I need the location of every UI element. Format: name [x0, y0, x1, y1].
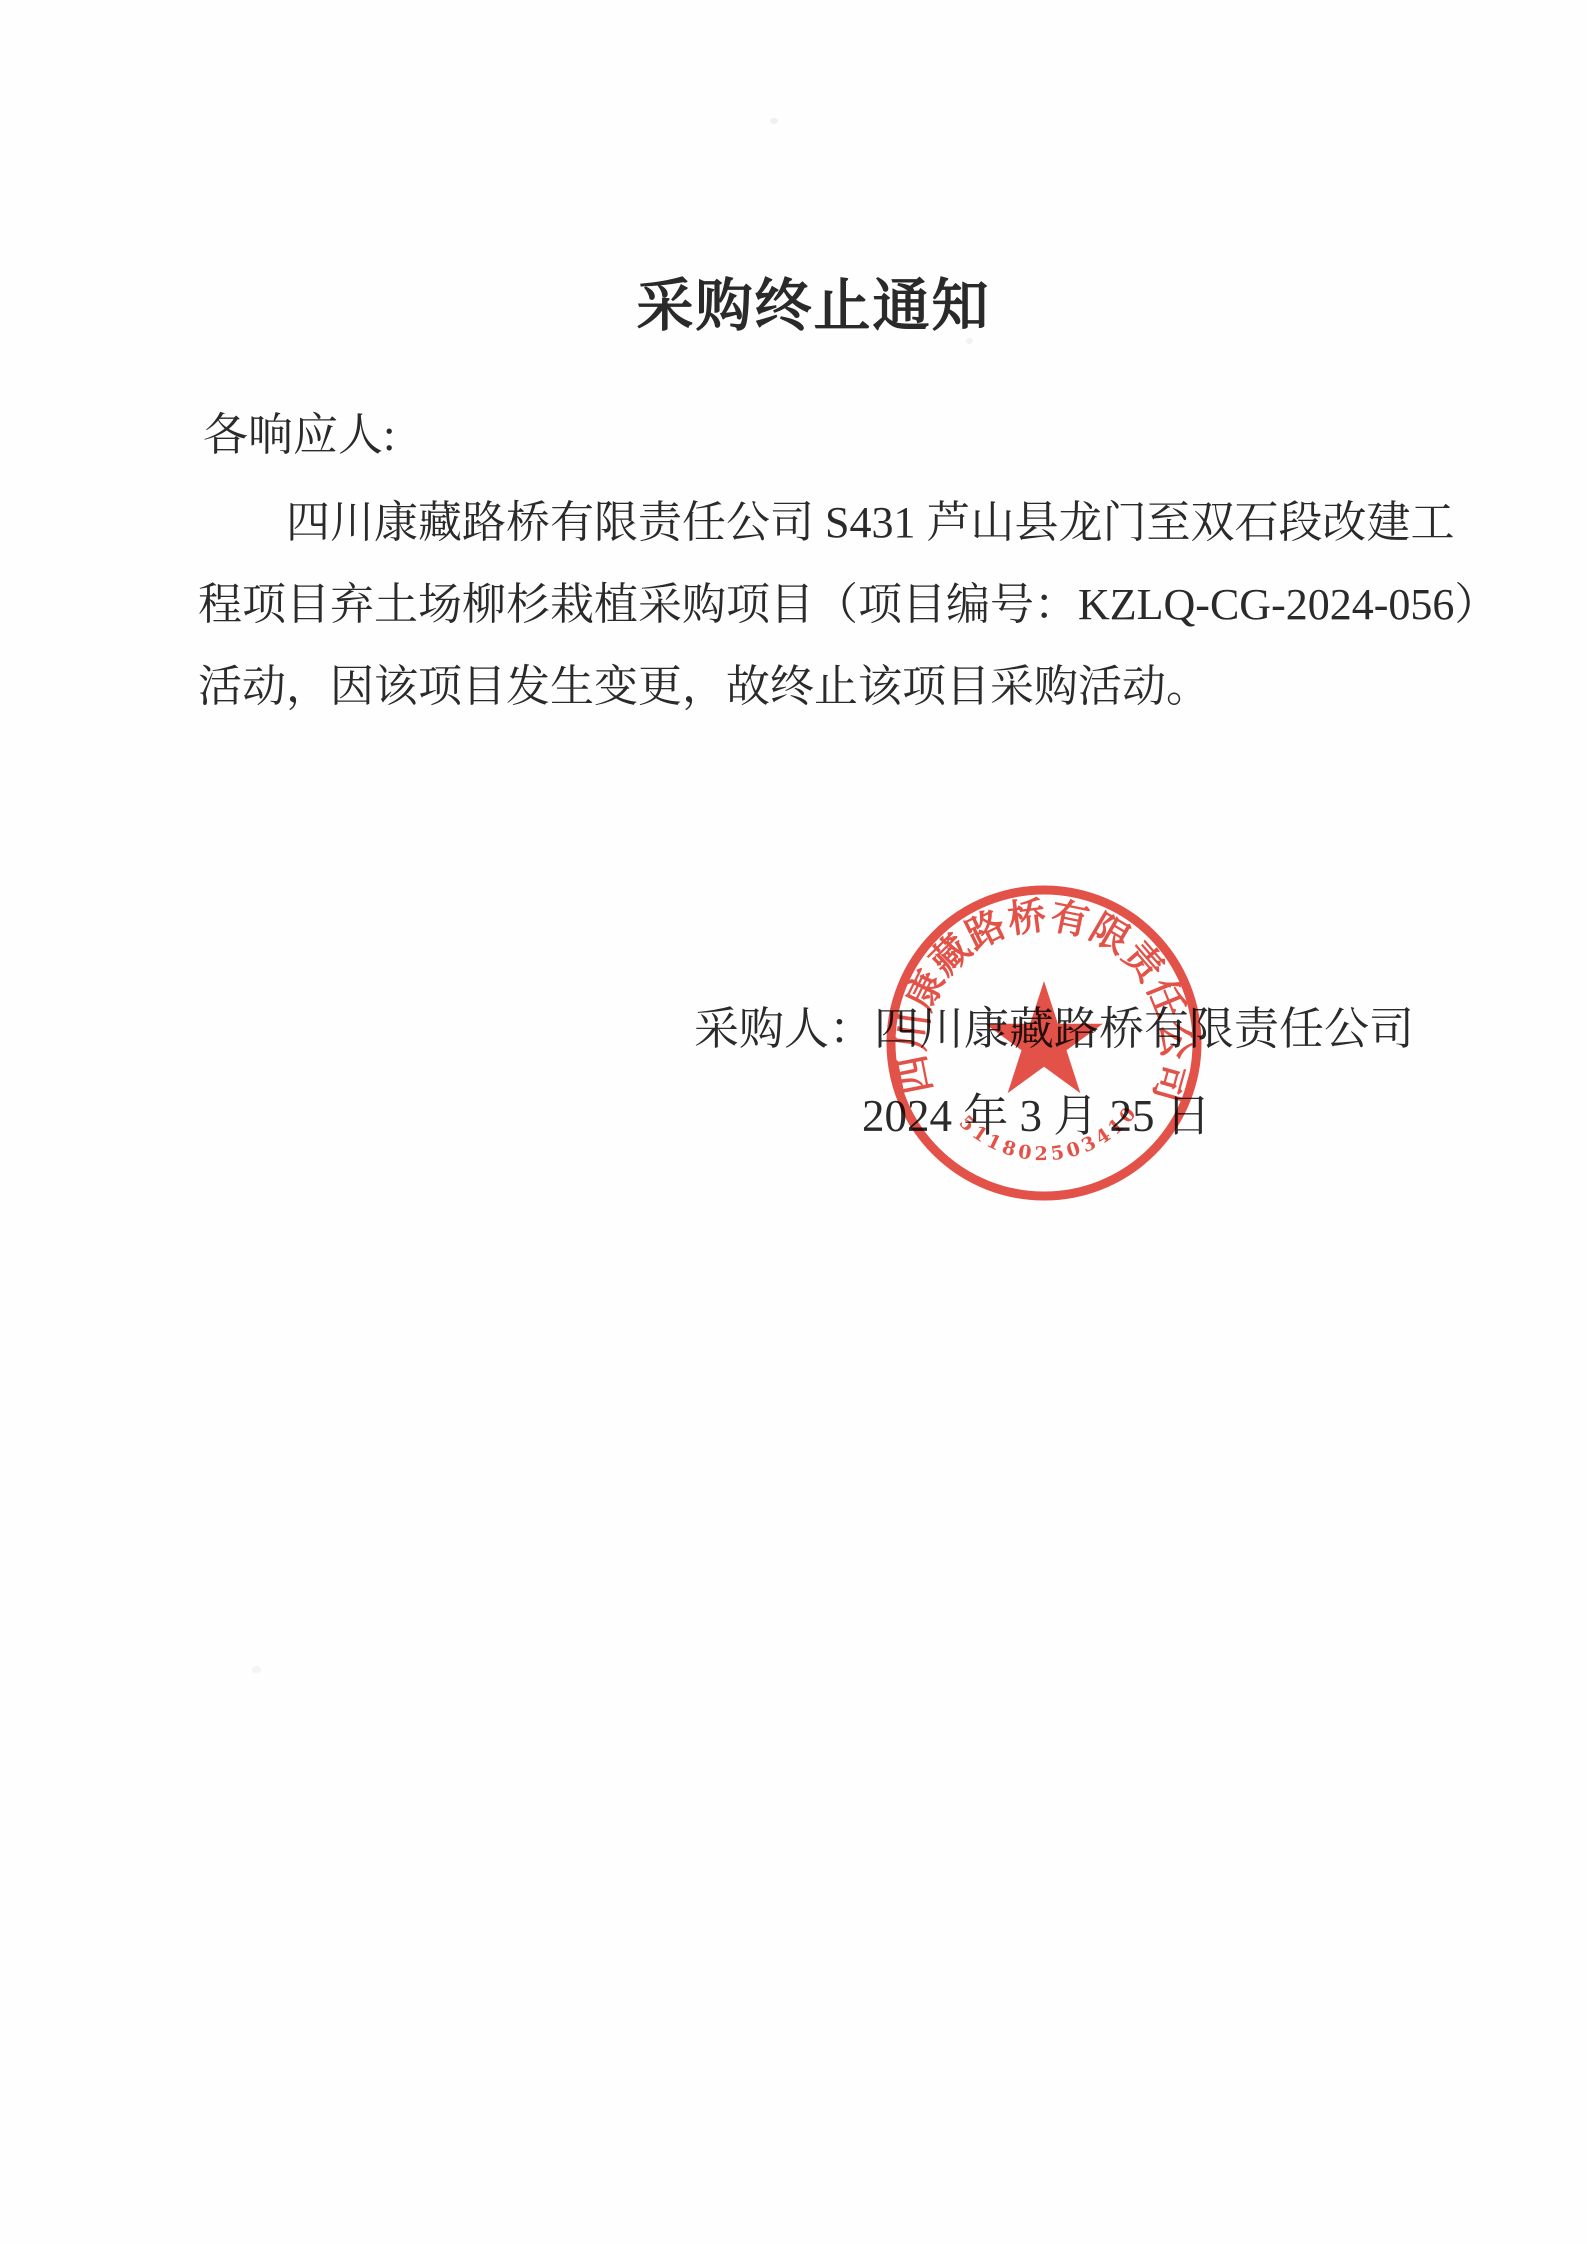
scan-speck	[966, 338, 973, 344]
scan-speck	[252, 1666, 261, 1673]
purchaser-company-name: 四川康藏路桥有限责任公司	[874, 1004, 1414, 1054]
salutation-line: 各响应人:	[203, 398, 396, 463]
scan-speck	[770, 118, 778, 124]
document-title: 采购终止通知	[0, 260, 1587, 342]
purchaser-signature-line: 采购人：四川康藏路桥有限责任公司	[694, 992, 1414, 1057]
purchaser-label: 采购人：	[694, 1004, 874, 1054]
body-paragraph: 四川康藏路桥有限责任公司 S431 芦山县龙门至双石段改建工 程项目弃土场柳杉栽…	[198, 482, 1348, 728]
paragraph-line: 四川康藏路桥有限责任公司 S431 芦山县龙门至双石段改建工	[198, 482, 1348, 564]
paragraph-line: 活动，因该项目发生变更，故终止该项目采购活动。	[198, 646, 1348, 728]
date-line: 2024 年 3 月 25 日	[862, 1079, 1211, 1144]
document-page: 采购终止通知 各响应人: 四川康藏路桥有限责任公司 S431 芦山县龙门至双石段…	[0, 0, 1587, 2244]
paragraph-line: 程项目弃土场柳杉栽植采购项目（项目编号：KZLQ-CG-2024-056）	[198, 564, 1348, 646]
